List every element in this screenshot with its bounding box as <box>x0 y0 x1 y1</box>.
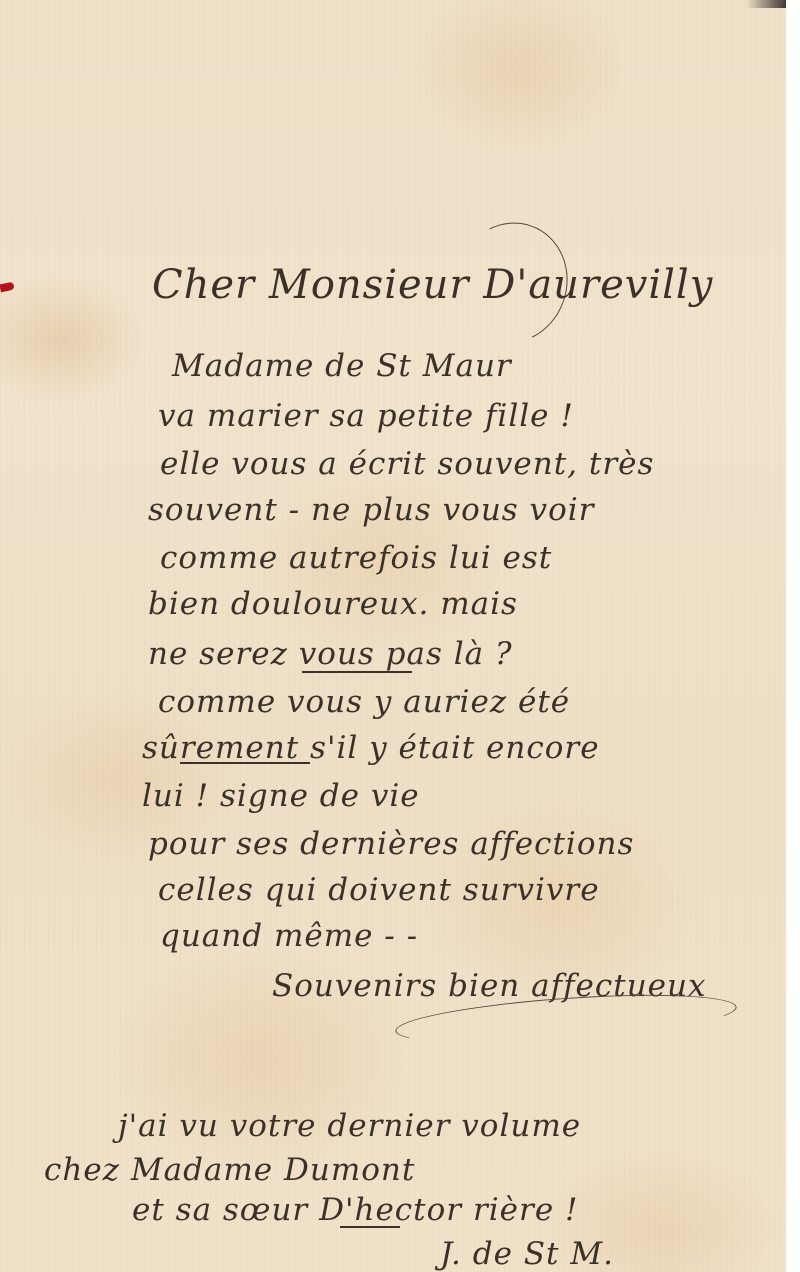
underline-hector <box>340 1226 400 1228</box>
body-line-2: va marier sa petite fille ! <box>158 398 574 434</box>
postscript-line-3: et sa sœur D'hector rière ! <box>132 1192 579 1228</box>
body-line-10: lui ! signe de vie <box>142 778 420 814</box>
letter-paper: Cher Monsieur D'aurevilly Madame de St M… <box>0 0 786 1272</box>
body-line-1: Madame de St Maur <box>172 348 512 384</box>
underline-surement <box>180 762 310 764</box>
body-line-8: comme vous y auriez été <box>158 684 570 720</box>
body-line-6: bien douloureux. mais <box>148 586 518 622</box>
salutation: Cher Monsieur D'aurevilly <box>152 262 713 308</box>
body-line-13: quand même - - <box>160 918 418 954</box>
signature: J. de St M. <box>440 1236 614 1272</box>
body-line-11: pour ses dernières affections <box>148 826 634 862</box>
body-line-3: elle vous a écrit souvent, très <box>160 446 654 482</box>
red-seal-mark <box>0 282 15 293</box>
body-line-5: comme autrefois lui est <box>160 540 552 576</box>
body-line-4: souvent - ne plus vous voir <box>148 492 594 528</box>
postscript-line-2: chez Madame Dumont <box>44 1152 415 1188</box>
paper-corner-shadow <box>746 0 786 8</box>
underline-vous <box>302 671 412 673</box>
body-line-12: celles qui doivent survivre <box>158 872 600 908</box>
postscript-line-1: j'ai vu votre dernier volume <box>118 1108 581 1144</box>
body-line-9: sûrement s'il y était encore <box>142 730 600 766</box>
body-line-7: ne serez vous pas là ? <box>148 636 513 672</box>
